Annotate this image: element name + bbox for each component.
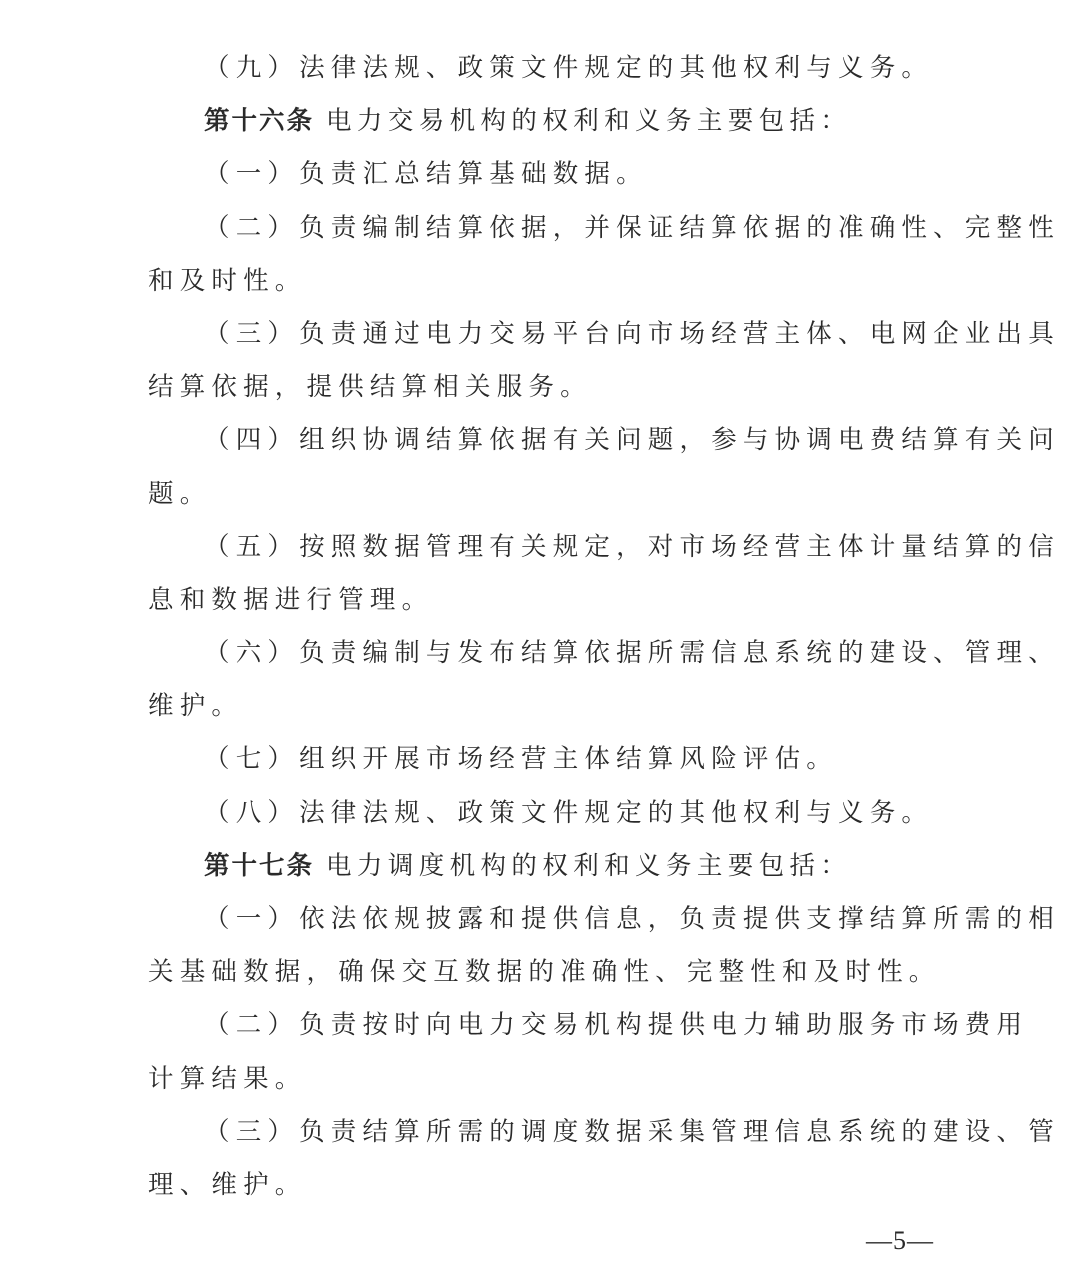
list-item: （二）负责编制结算依据，并保证结算依据的准确性、完整性 <box>148 202 938 255</box>
article-heading: 第十六条电力交易机构的权利和义务主要包括： <box>148 95 938 148</box>
list-item: （五）按照数据管理有关规定，对市场经营主体计量结算的信 <box>148 521 938 574</box>
article-label: 第十七条 <box>204 851 314 881</box>
list-item: （三）负责结算所需的调度数据采集管理信息系统的建设、管 <box>148 1106 938 1159</box>
list-item-continuation: 题。 <box>148 468 938 521</box>
article-heading: 第十七条电力调度机构的权利和义务主要包括： <box>148 840 938 893</box>
list-item: （七）组织开展市场经营主体结算风险评估。 <box>148 733 938 786</box>
article-text: 电力调度机构的权利和义务主要包括： <box>326 851 851 881</box>
list-item-continuation: 息和数据进行管理。 <box>148 574 938 627</box>
list-item-continuation: 计算结果。 <box>148 1053 938 1106</box>
page-number: —5— <box>866 1226 934 1256</box>
list-item-continuation: 关基础数据，确保交互数据的准确性、完整性和及时性。 <box>148 946 938 999</box>
list-item-continuation: 维护。 <box>148 680 938 733</box>
list-item: （四）组织协调结算依据有关问题，参与协调电费结算有关问 <box>148 414 938 467</box>
list-item-continuation: 和及时性。 <box>148 255 938 308</box>
article-text: 电力交易机构的权利和义务主要包括： <box>326 106 851 136</box>
list-item: （一）负责汇总结算基础数据。 <box>148 148 938 201</box>
list-item-continuation: 结算依据，提供结算相关服务。 <box>148 361 938 414</box>
list-item: （八）法律法规、政策文件规定的其他权利与义务。 <box>148 787 938 840</box>
document-page: （九）法律法规、政策文件规定的其他权利与义务。 第十六条电力交易机构的权利和义务… <box>148 42 938 1212</box>
list-item: （六）负责编制与发布结算依据所需信息系统的建设、管理、 <box>148 627 938 680</box>
list-item: （二）负责按时向电力交易机构提供电力辅助服务市场费用 <box>148 999 938 1052</box>
list-item: （一）依法依规披露和提供信息，负责提供支撑结算所需的相 <box>148 893 938 946</box>
list-item: （三）负责通过电力交易平台向市场经营主体、电网企业出具 <box>148 308 938 361</box>
article-label: 第十六条 <box>204 106 314 136</box>
list-item-continuation: 理、维护。 <box>148 1159 938 1212</box>
list-item: （九）法律法规、政策文件规定的其他权利与义务。 <box>148 42 938 95</box>
